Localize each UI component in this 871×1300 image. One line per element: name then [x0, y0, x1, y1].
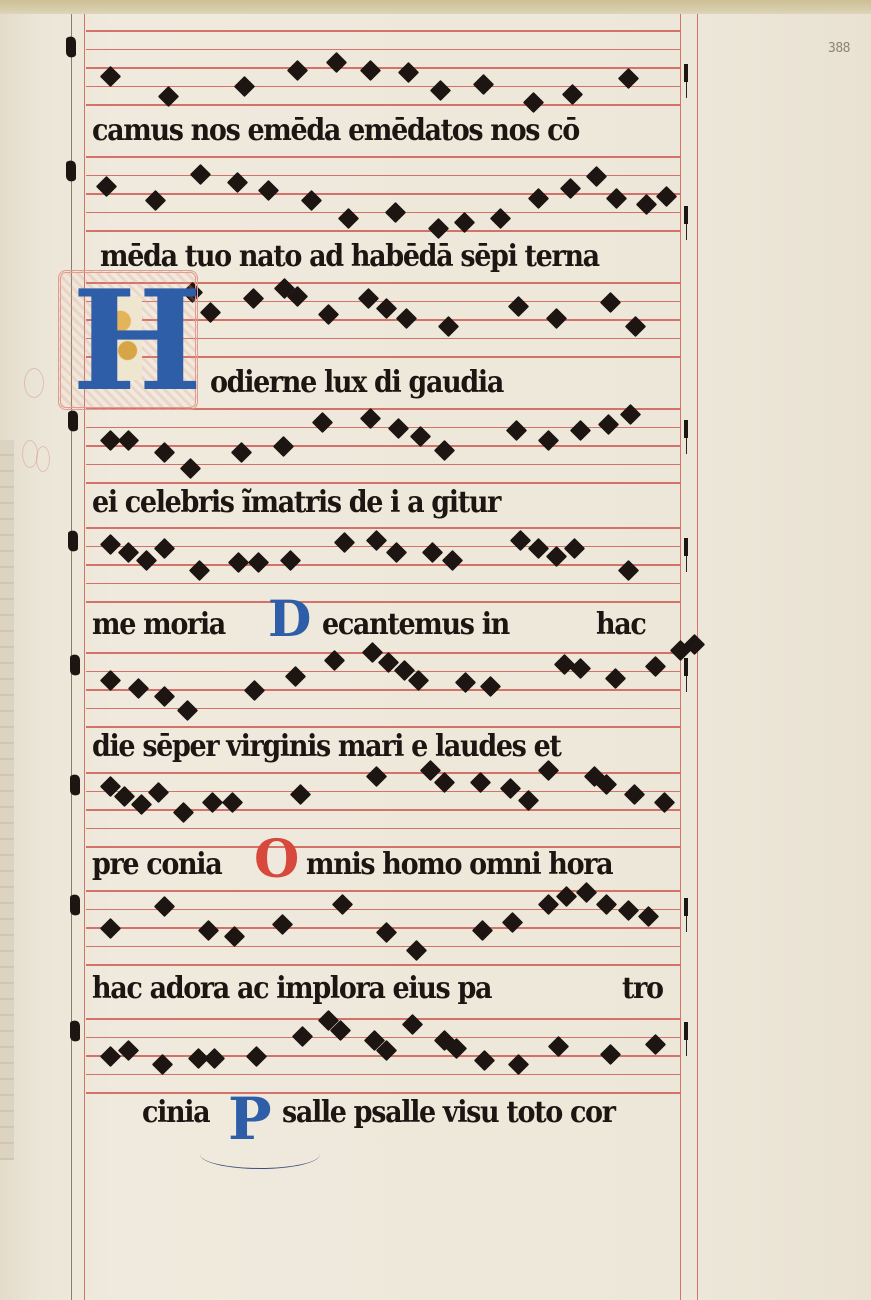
staff-line [86, 791, 680, 793]
staff-line [86, 482, 680, 484]
staff-line [86, 1074, 680, 1076]
initial-letter: H [72, 272, 182, 402]
staff-line [86, 464, 680, 466]
staff-line [86, 156, 680, 158]
clef-icon [70, 652, 80, 678]
clef-icon [68, 528, 78, 554]
custos-icon [684, 658, 688, 676]
staff-line [86, 86, 680, 88]
initial-o: O [254, 834, 299, 886]
staff-line [86, 104, 680, 106]
lyric-line: ei celebris ĩmatris de i a gitur [92, 488, 500, 518]
staff-line [86, 564, 680, 566]
custos-icon [684, 898, 688, 916]
staff-line [86, 708, 680, 710]
lyric-line: camus nos emēda emēdatos nos cō [92, 116, 579, 146]
folio-number: 388 [828, 41, 850, 56]
staff-line [86, 546, 680, 548]
staff-line [86, 1092, 680, 1094]
staff-line [86, 445, 680, 447]
lyric-fragment: salle psalle visu toto cor [282, 1098, 615, 1128]
clef-icon [66, 34, 76, 60]
staff-line [86, 30, 680, 32]
lyric-fragment: mnis homo omni hora [306, 850, 612, 880]
staff-line [86, 67, 680, 69]
left-text-rule [84, 14, 85, 1300]
staff-line [86, 427, 680, 429]
staff-line [86, 212, 680, 214]
staff-line [86, 689, 680, 691]
staff-line [86, 601, 680, 603]
staff-line [86, 946, 680, 948]
lyric-line: me moria [92, 610, 225, 640]
lyric-fragment: tro [622, 974, 663, 1004]
staff-line [86, 909, 680, 911]
clef-icon [70, 772, 80, 798]
initial-d: D [268, 594, 311, 644]
lyric-line: odierne lux di gaudia [210, 368, 503, 398]
lyric-line: cinia [142, 1098, 209, 1128]
lyric-line: hac adora ac implora eius pa [92, 974, 491, 1004]
custos-icon [684, 206, 688, 224]
lyric-line: die sēper virginis mari e laudes et [92, 732, 561, 762]
lyric-line: pre conia [92, 850, 221, 880]
lyric-fragment: hac [596, 610, 646, 640]
lyric-fragment: ecantemus in [322, 610, 509, 640]
initial-p-flourish [200, 1140, 320, 1169]
clef-icon [70, 1018, 80, 1044]
custos-icon [684, 1022, 688, 1040]
facing-page-edge [0, 440, 14, 1160]
custos-icon [684, 420, 688, 438]
margin-sketch [36, 446, 50, 472]
decorated-initial-h: H [58, 270, 198, 410]
staff-line [86, 1018, 680, 1020]
clef-icon [66, 158, 76, 184]
staff-line [86, 964, 680, 966]
custos-icon [684, 538, 688, 556]
custos-icon [684, 64, 688, 82]
staff-line [86, 230, 680, 232]
margin-sketch [24, 368, 44, 398]
right-margin-rule [697, 14, 698, 1300]
staff-line [86, 49, 680, 51]
clef-icon [70, 892, 80, 918]
staff-line [86, 527, 680, 529]
staff-line [86, 671, 680, 673]
staff-line [86, 726, 680, 728]
staff-line [86, 193, 680, 195]
staff-line [86, 583, 680, 585]
staff-line [86, 828, 680, 830]
